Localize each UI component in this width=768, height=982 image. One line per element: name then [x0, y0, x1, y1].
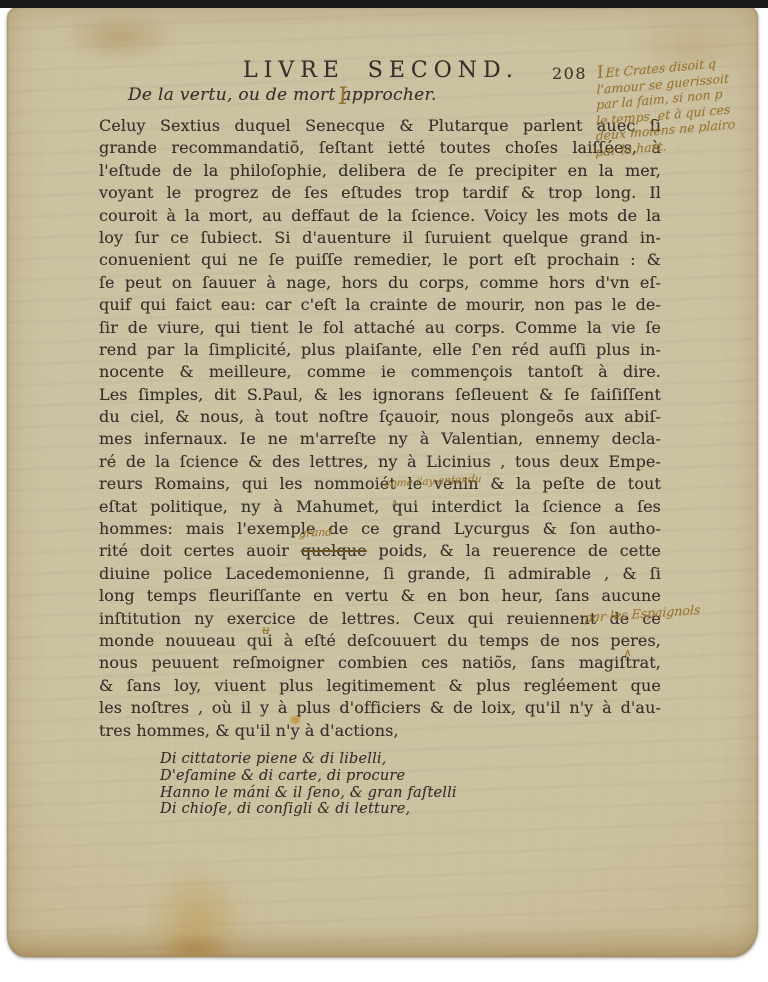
- handwritten-margin-note: IEt Crates disoit q l'amour se guerissoi…: [595, 48, 758, 160]
- verse-line: D'eſamine & di carte, di procure: [160, 768, 457, 785]
- body-line: rend par la ſimplicité, plus plaiſante, …: [99, 339, 661, 361]
- stain-bottom: [145, 864, 249, 957]
- body-line-part: rité doit certes auoir: [99, 541, 301, 560]
- body-line: grande recommandatiõ, ſeſtant ietté tout…: [99, 137, 661, 159]
- verse-line: Di chioſe, di conſigli & di letture,: [160, 801, 457, 818]
- body-line: & ſans loy, viuent plus legitimement & p…: [99, 675, 661, 697]
- body-line: les noſtres , où il y à plus d'officiers…: [99, 697, 661, 719]
- scanner-background-bar: [0, 0, 768, 8]
- body-line: nous peuuent reſmoigner combien ces nati…: [99, 652, 661, 674]
- stain-top-left: [62, 12, 177, 62]
- body-line: quif qui faict eau: car c'eſt la crainte…: [99, 294, 661, 316]
- body-line: eſtat politique, ny à Mahumet, qui inter…: [99, 496, 661, 518]
- handwritten-deletion-mark: u: [262, 623, 270, 637]
- stain-bottom-edge: [157, 932, 233, 957]
- struck-word: quelque: [301, 541, 367, 560]
- body-line: hommes: mais l'exemple de ce grand Lycur…: [99, 518, 661, 540]
- page-number: 208: [552, 64, 587, 83]
- handwritten-caret: ∧: [624, 648, 631, 659]
- body-line: long temps fleuriſſante en vertu & en bo…: [99, 585, 661, 607]
- body-line: voyant le progrez de ſes eſtudes trop ta…: [99, 182, 661, 204]
- body-line: tres hommes, & qu'il n'y à d'actions,: [99, 720, 661, 742]
- body-line: loy ſur ce ſubiect. Si d'auenture il ſur…: [99, 227, 661, 249]
- book-title: LIVRE SECOND.: [243, 58, 519, 83]
- chapter-running-title: De la vertu, ou de mort approcher.: [128, 85, 437, 105]
- body-line: Celuy Sextius duquel Senecque & Plutarqu…: [99, 115, 661, 137]
- body-line: conuenient qui ne ſe puiſſe remedier, le…: [99, 249, 661, 271]
- body-line: Les ſimples, dit S.Paul, & les ignorans …: [99, 384, 661, 406]
- body-line: du ciel, & nous, à tout noſtre ſçauoir, …: [99, 406, 661, 428]
- handwritten-insertion-mark: I: [597, 62, 604, 83]
- body-line-with-correction: rité doit certes auoir quelque poids, & …: [99, 540, 661, 562]
- book-page: LIVRE SECOND. 208 De la vertu, ou de mor…: [7, 6, 758, 957]
- body-line: mes infernaux. Ie ne m'arreſte ny à Vale…: [99, 428, 661, 450]
- body-line: ſir de viure, qui tient le fol attaché a…: [99, 317, 661, 339]
- body-line: l'eſtude de la philoſophie, delibera de …: [99, 160, 661, 182]
- body-line: couroit à la mort, au deffaut de la ſcie…: [99, 205, 661, 227]
- body-line: reurs Romains, qui les nommoiét le venin…: [99, 473, 661, 495]
- body-line: monde nouueau qui à eſté deſcouuert du t…: [99, 630, 661, 652]
- body-line: diuine police Lacedemonienne, ſi grande,…: [99, 563, 661, 585]
- verse-line: Di cittatorie piene & di libelli,: [160, 751, 457, 768]
- handwritten-insertion-mark: I: [337, 82, 348, 110]
- main-text-block: Celuy Sextius duquel Senecque & Plutarqu…: [99, 115, 661, 742]
- body-line: ré de la ſcience & des lettres, ny à Lic…: [99, 451, 661, 473]
- verse-line: Hanno le máni & il ſeno, & gran faſtelli: [160, 785, 457, 802]
- body-line: nocente & meilleure, comme ie commençois…: [99, 361, 661, 383]
- body-line: ſe peut on ſauuer à nage, hors du corps,…: [99, 272, 661, 294]
- body-line: inſtitution ny exercice de lettres. Ceux…: [99, 608, 661, 630]
- handwritten-caret: ∧: [391, 498, 398, 509]
- body-line-part: poids, & la reuerence de cette: [367, 541, 661, 560]
- verse-quotation: Di cittatorie piene & di libelli, D'eſam…: [160, 751, 457, 818]
- handwritten-correction-grand: grand: [299, 525, 333, 540]
